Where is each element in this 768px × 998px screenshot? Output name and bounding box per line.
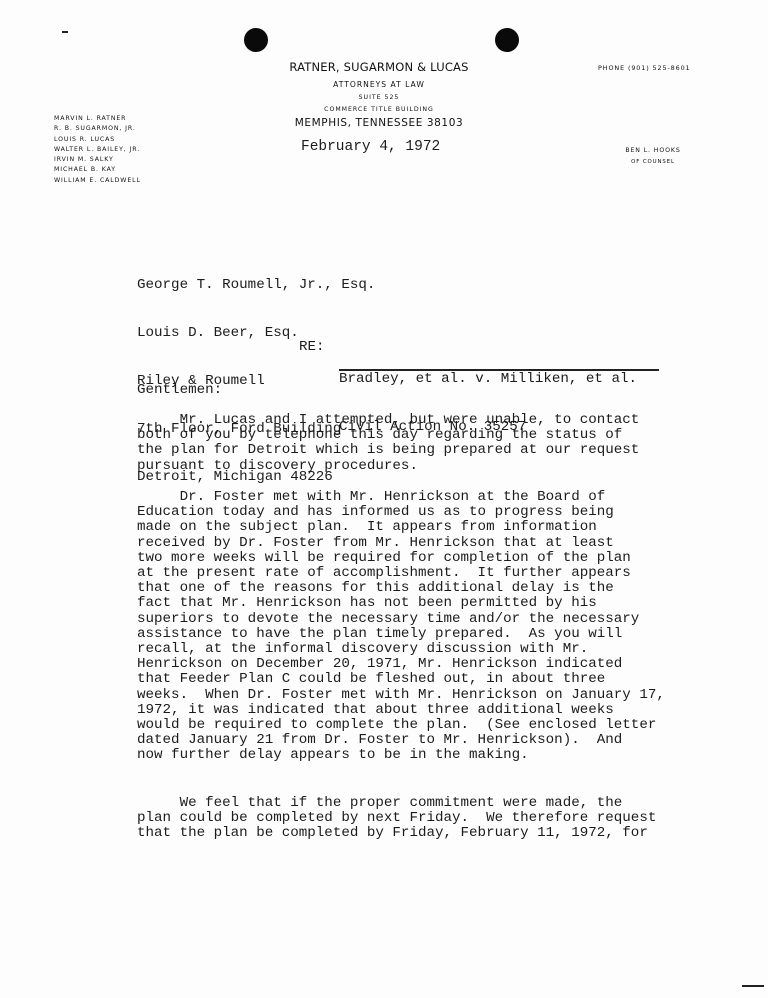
- scan-speck: [62, 31, 68, 33]
- re-underline: [339, 369, 659, 371]
- re-label: RE:: [299, 339, 325, 355]
- scan-speck: [742, 985, 764, 987]
- paragraph-line: recall, at the informal discovery discus…: [137, 642, 665, 657]
- partner-name: MICHAEL B. KAY: [54, 165, 141, 175]
- paragraph-line: pursuant to discovery procedures.: [137, 459, 639, 474]
- paragraph-line: assistance to have the plan timely prepa…: [137, 627, 665, 642]
- partner-name: IRVIN M. SALKY: [54, 155, 141, 165]
- of-counsel-label: OF COUNSEL: [600, 157, 706, 168]
- address-line: George T. Roumell, Jr., Esq.: [137, 277, 375, 293]
- firm-subtitle: ATTORNEYS AT LAW: [264, 80, 494, 89]
- firm-phone: PHONE (901) 525-8601: [598, 64, 691, 72]
- letter-date: February 4, 1972: [301, 139, 440, 155]
- firm-name: RATNER, SUGARMON & LUCAS: [264, 60, 494, 74]
- paragraph-line: dated January 21 from Dr. Foster to Mr. …: [137, 733, 665, 748]
- paragraph-line: that the plan be completed by Friday, Fe…: [137, 826, 656, 841]
- of-counsel: BEN L. HOOKS OF COUNSEL: [600, 146, 706, 167]
- paragraph-line: fact that Mr. Henrickson has not been pe…: [137, 596, 665, 611]
- paragraph-line: Dr. Foster met with Mr. Henrickson at th…: [137, 490, 665, 505]
- punch-hole-right: [495, 28, 519, 52]
- body-paragraph: Dr. Foster met with Mr. Henrickson at th…: [137, 490, 665, 764]
- paragraph-line: two more weeks will be required for comp…: [137, 551, 665, 566]
- paragraph-line: Henrickson on December 20, 1971, Mr. Hen…: [137, 657, 665, 672]
- paragraph-line: received by Dr. Foster from Mr. Henricks…: [137, 536, 665, 551]
- paragraph-line: We feel that if the proper commitment we…: [137, 796, 656, 811]
- paragraph-line: Education today and has informed us as t…: [137, 505, 665, 520]
- partner-name: R. B. SUGARMON, JR.: [54, 124, 141, 134]
- paragraph-line: at the present rate of accomplishment. I…: [137, 566, 665, 581]
- paragraph-line: plan could be completed by next Friday. …: [137, 811, 656, 826]
- partner-name: LOUIS R. LUCAS: [54, 135, 141, 145]
- body-paragraph: Mr. Lucas and I attempted, but were unab…: [137, 413, 639, 474]
- paragraph-line: both of you by telephone this day regard…: [137, 428, 639, 443]
- partner-name: WILLIAM E. CALDWELL: [54, 176, 141, 186]
- paragraph-line: now further delay appears to be in the m…: [137, 748, 665, 763]
- paragraph-line: made on the subject plan. It appears fro…: [137, 520, 665, 535]
- punch-hole-left: [244, 28, 268, 52]
- salutation: Gentlemen:: [137, 382, 222, 398]
- partner-list: MARVIN L. RATNER R. B. SUGARMON, JR. LOU…: [54, 114, 141, 186]
- paragraph-line: that Feeder Plan C could be fleshed out,…: [137, 672, 665, 687]
- paragraph-line: that one of the reasons for this additio…: [137, 581, 665, 596]
- paragraph-line: 1972, it was indicated that about three …: [137, 703, 665, 718]
- partner-name: WALTER L. BAILEY, JR.: [54, 145, 141, 155]
- paragraph-line: weeks. When Dr. Foster met with Mr. Henr…: [137, 688, 665, 703]
- body-paragraph: We feel that if the proper commitment we…: [137, 796, 656, 842]
- partner-name: MARVIN L. RATNER: [54, 114, 141, 124]
- re-line: Bradley, et al. v. Milliken, et al.: [339, 371, 637, 387]
- of-counsel-name: BEN L. HOOKS: [600, 146, 706, 157]
- firm-suite: SUITE 525: [264, 94, 494, 101]
- letter-page: RATNER, SUGARMON & LUCAS ATTORNEYS AT LA…: [0, 0, 768, 998]
- firm-building: COMMERCE TITLE BUILDING: [264, 106, 494, 113]
- paragraph-line: superiors to devote the necessary time a…: [137, 612, 665, 627]
- paragraph-line: would be required to complete the plan. …: [137, 718, 665, 733]
- firm-city: MEMPHIS, TENNESSEE 38103: [264, 117, 494, 129]
- paragraph-line: Mr. Lucas and I attempted, but were unab…: [137, 413, 639, 428]
- paragraph-line: the plan for Detroit which is being prep…: [137, 443, 639, 458]
